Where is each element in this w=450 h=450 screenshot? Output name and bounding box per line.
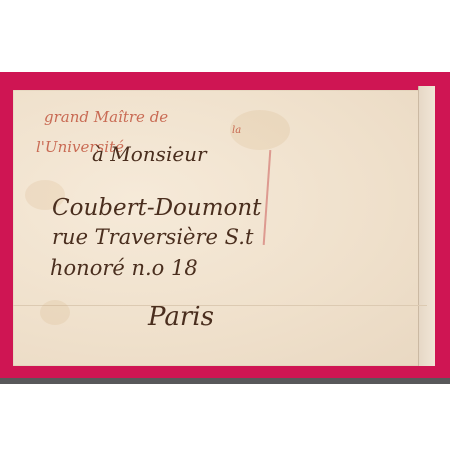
fold-line [13,305,427,306]
address-city: Paris [148,302,214,332]
stamp-line-1: grand Maître de [44,108,168,126]
paper-stain [40,300,70,325]
address-street-2: honoré n.o 18 [50,256,198,280]
bottom-strip [0,378,450,384]
address-street: rue Traversière S.t [52,225,253,249]
folded-flap [418,86,435,366]
address-name: Coubert-Doumont [52,195,261,221]
stamp-line-1b: la [232,125,241,136]
address-salutation: à Monsieur [92,142,207,166]
